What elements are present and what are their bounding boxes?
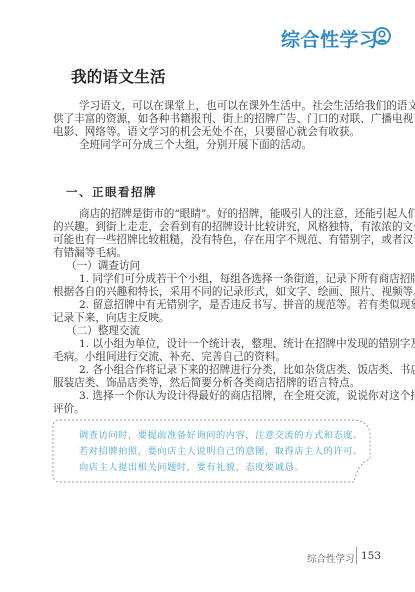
intro-line: 供了丰富的资源，如各种书籍报刊、街上的招牌广告、门口的对联、广播电视节目、 bbox=[53, 113, 375, 126]
item-line: 记录下来，向店主反映。 bbox=[53, 312, 375, 325]
intro-line: 学习语文，可以在课堂上，也可以在课外生活中。社会生活给我们的语文学习提 bbox=[79, 100, 375, 113]
subsection-title: （二）整理交流 bbox=[66, 325, 375, 338]
item-line: 3. 选择一个你认为设计得最好的商店招牌，在全班交流，说说你对这个招牌的 bbox=[79, 390, 375, 403]
item-line: 1. 同学们可分成若干个小组，每组各选择一条街道，记录下所有商店招牌。可 bbox=[79, 273, 375, 286]
item-line: 2. 各小组合作将记录下来的招牌进行分类，比如杂货店类、饭店类、书店类、 bbox=[79, 364, 375, 377]
tip-line: 向店主人提出相关问题时，要有礼貌，态度要诚恳。 bbox=[79, 462, 304, 473]
subsection-title: （一）调查访问 bbox=[66, 260, 375, 273]
item-line: 毛病。小组间进行交流、补充、完善自己的资料。 bbox=[53, 351, 375, 364]
paragraph-line: 有错漏等毛病。 bbox=[53, 247, 375, 260]
tip-line: 若对招牌拍照，要向店主人说明自己的意图，取得店主人的许可。 bbox=[79, 446, 363, 457]
tip-line: 调查访问时，要提前准备好询问的内容，注意交流的方式和态度。 bbox=[79, 430, 363, 441]
footer-section-label: 综合性学习 bbox=[307, 551, 355, 565]
item-line: 1. 以小组为单位，设计一个统计表，整理、统计在招牌中发现的错别字及其他 bbox=[79, 338, 375, 351]
person-icon bbox=[373, 27, 391, 45]
section-heading: 一、正眼看招牌 bbox=[66, 184, 157, 200]
page-number: 153 bbox=[361, 550, 381, 562]
item-line: 评价。 bbox=[53, 403, 375, 416]
intro-line: 电影、网络等。语文学习的机会无处不在，只要留心就会有收获。 bbox=[53, 126, 375, 139]
paragraph-line: 商店的招牌是街市的“眼睛”。好的招牌，能吸引人的注意，还能引起人们购物 bbox=[79, 208, 375, 221]
item-line: 根据各自的兴趣和特长，采用不同的记录形式，如文字、绘画、照片、视频等。 bbox=[53, 286, 375, 299]
item-line: 2. 留意招牌中有无错别字，是否违反书写、拼音的规范等。若有类似现象，请 bbox=[79, 299, 375, 312]
paragraph-line: 的兴趣。到街上走走，会看到有的招牌设计比较讲究，风格独特，有浓浓的文化感。 bbox=[53, 221, 375, 234]
footer-divider bbox=[356, 547, 357, 564]
section-title: 综合性学习 bbox=[281, 25, 379, 52]
page-title: 我的语文生活 bbox=[71, 65, 166, 87]
item-line: 服装店类、饰品店类等，然后简要分析各类商店招牌的语言特点。 bbox=[53, 377, 375, 390]
intro-line: 全班同学可分成三个大组，分别开展下面的活动。 bbox=[79, 139, 375, 152]
paragraph-line: 可能也有一些招牌比较粗糙，没有特色，存在用字不规范、有错别字，或者汉语拼音 bbox=[53, 234, 375, 247]
